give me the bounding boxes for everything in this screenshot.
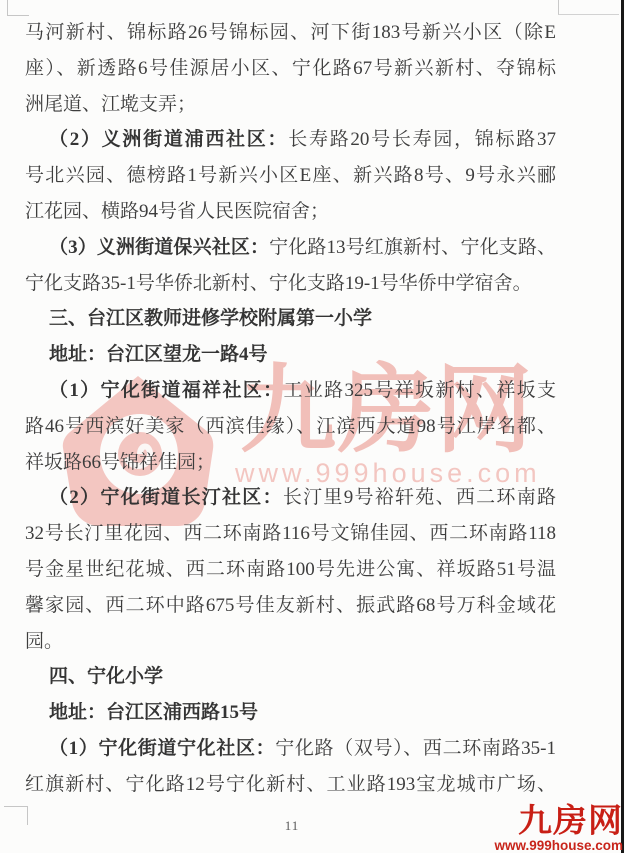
text-run: 座）、新透路6号佳源居小区、宁化路67号新兴新村、夺锦标弄、 [25,58,556,87]
section-heading: 三、台江区教师进修学校附属第一小学 [25,301,556,337]
text-run: 祥坂路66号锦祥佳园； [25,452,215,473]
text-run-bold: 地址：台江区浦西路15号 [49,702,258,723]
document-body: 马河新村、锦标路26号锦标园、河下街183号新兴小区（除E 座）、新透路6号佳源… [25,15,556,803]
text-run: 江花园、横路94号省人民医院宿舍； [25,201,329,222]
address-line: 地址：台江区浦西路15号 [25,695,556,731]
text-line: （2）宁化街道长汀社区：长汀里9号裕轩苑、西二环南路 [25,480,556,516]
text-line: 江花园、横路94号省人民医院宿舍； [25,194,556,230]
text-line: （1）宁化街道福祥社区：工业路325号祥坂新村、祥坂支 [25,373,556,409]
text-run-bold: 三、台江区教师进修学校附属第一小学 [49,308,372,329]
text-run-bold: （3）义洲街道保兴社区： [49,237,269,258]
text-line: （1）宁化街道宁化社区：宁化路（双号）、西二环南路35-1 [25,731,556,767]
text-run: 宁化支路35-1号华侨北新村、宁化支路19-1号华侨中学宿舍。 [25,273,532,294]
text-run: 宁化路13号红旗新村、宁化支路、 [269,237,556,258]
text-run: 号北兴园、德榜路1号新兴小区E座、新兴路8号、9号永兴郦 [25,165,556,186]
text-line: （3）义洲街道保兴社区：宁化路13号红旗新村、宁化支路、 [25,230,556,266]
site-logo-url: www.999house.com [494,839,623,853]
text-run: 马河新村、锦标路26号锦标园、河下街183号新兴小区（除E [25,22,556,43]
section-heading: 四、宁化小学 [25,659,556,695]
text-run: 园。 [25,631,63,652]
text-line: 宁化支路35-1号华侨北新村、宁化支路19-1号华侨中学宿舍。 [25,266,556,302]
text-run-bold: （1）宁化街道宁化社区： [49,738,275,759]
text-run: 馨家园、西二环中路675号佳友新村、振武路68号万科金域花 [25,595,556,616]
text-line: 32号长汀里花园、西二环南路116号文锦佳园、西二环南路118 [25,516,556,552]
text-line: 路46号西滨好美家（西滨佳缘）、江滨西大道98号江岸名都、 [25,409,556,445]
scan-edge-line [621,0,624,853]
text-run-bold: （1）宁化街道福祥社区： [49,380,284,401]
site-logo-brand: 九房网 [494,804,623,836]
text-line: 园。 [25,624,556,660]
text-run-bold: （2）义洲街道浦西社区： [49,129,288,150]
site-logo: 九房网 www.999house.com [494,804,623,853]
text-run-bold: 地址：台江区望龙一路4号 [49,344,268,365]
text-run: 32号长汀里花园、西二环南路116号文锦佳园、西二环南路118 [25,523,556,544]
text-line: （2）义洲街道浦西社区：长寿路20号长寿园，锦标路37 [25,122,556,158]
text-run: 工业路325号祥坂新村、祥坂支 [284,380,557,401]
text-run: 洲尾道、江墘支弄； [25,94,196,115]
text-line: 祥坂路66号锦祥佳园； [25,445,556,481]
text-line: 马河新村、锦标路26号锦标园、河下街183号新兴小区（除E [25,15,556,51]
text-run-bold: 四、宁化小学 [49,666,163,687]
text-run-bold: （2）宁化街道长汀社区： [49,487,283,508]
crop-mark-top-right [558,0,619,15]
text-run: 路46号西滨好美家（西滨佳缘）、江滨西大道98号江岸名都、 [25,416,556,437]
crop-mark-bottom-left [4,806,28,825]
text-line: 座）、新透路6号佳源居小区、宁化路67号新兴新村、夺锦标弄、 [25,51,556,87]
crop-mark-top-left [7,0,29,16]
text-run: 长寿路20号长寿园，锦标路37 [288,129,556,150]
page-number: 11 [262,818,322,834]
text-run: 宁化路（双号）、西二环南路35-1 [275,738,556,759]
text-run: 长汀里9号裕轩苑、西二环南路 [283,487,556,508]
text-line: 红旗新村、宁化路12号宁化新村、工业路193宝龙城市广场、 [25,767,556,803]
text-line: 洲尾道、江墘支弄； [25,87,556,123]
text-run: 红旗新村、宁化路12号宁化新村、工业路193宝龙城市广场、 [25,774,556,795]
address-line: 地址：台江区望龙一路4号 [25,337,556,373]
text-line: 号北兴园、德榜路1号新兴小区E座、新兴路8号、9号永兴郦 [25,158,556,194]
text-run: 号金星世纪花城、西二环南路100号先进公寓、祥坂路51号温 [25,559,556,580]
text-line: 号金星世纪花城、西二环南路100号先进公寓、祥坂路51号温 [25,552,556,588]
text-line: 馨家园、西二环中路675号佳友新村、振武路68号万科金域花 [25,588,556,624]
document-page: 九房网 www.999house.com 马河新村、锦标路26号锦标园、河下街1… [0,0,625,853]
